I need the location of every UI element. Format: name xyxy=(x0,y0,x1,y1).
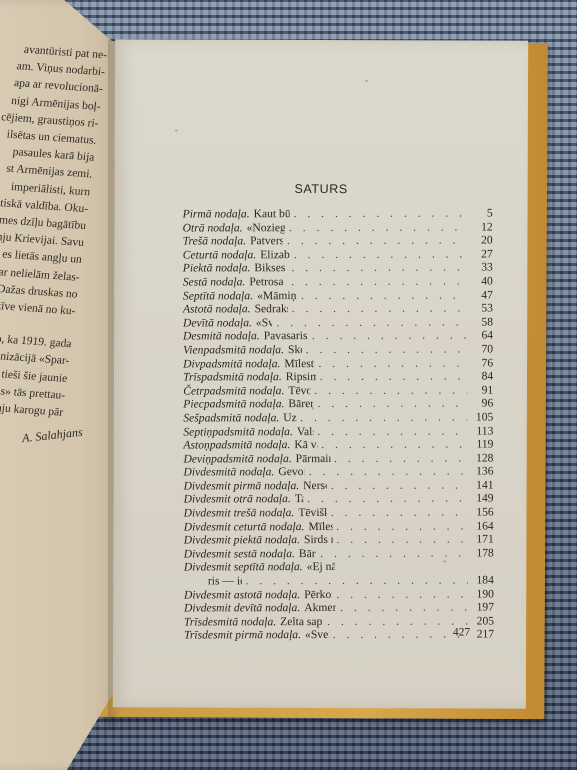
chapter-label: Sešpadsmitā nodaļa. xyxy=(183,411,279,425)
paper-speck xyxy=(175,129,178,131)
page-ref: 40 xyxy=(471,274,493,288)
dot-leader xyxy=(320,370,468,384)
toc-entry: Ceturtā nodaļa.Elizabetes kundze27 xyxy=(183,247,493,262)
page-ref: 119 xyxy=(471,438,493,452)
left-page: avantūristi pat ne- am. Viņus nodarbi- a… xyxy=(0,0,118,770)
dot-leader xyxy=(331,478,468,492)
page-ref: 205 xyxy=(472,614,494,628)
chapter-title: Bāreņa gods xyxy=(299,547,316,561)
page-ref: 33 xyxy=(471,261,493,275)
chapter-title: Akmens, ar ko dauzīt galu xyxy=(304,601,336,615)
chapter-title: Petrosa kunga ģīmetne xyxy=(249,275,287,289)
chapter-title: Bāreņi lūdz dievu xyxy=(288,397,313,411)
page-ref: 76 xyxy=(471,356,493,370)
chapter-label: Deviņpadsmitā nodaļa. xyxy=(183,452,291,466)
dot-leader xyxy=(331,506,468,520)
toc-entry: Divdesmitā nodaļa.Gevorks Tolojans136 xyxy=(183,465,493,480)
page-ref: 141 xyxy=(472,478,494,492)
page-ref: 178 xyxy=(472,546,494,560)
right-page: SATURS Pirmā nodaļa.Kaut būtu vēl ko ieē… xyxy=(113,39,528,708)
page-ref: 149 xyxy=(472,492,494,506)
toc-entry: Deviņpadsmitā nodaļa.Pārmaiņas valdības … xyxy=(183,451,493,466)
toc-entry: Piektā nodaļa.Bikses bez kabatām33 xyxy=(183,261,493,276)
table-of-contents: Pirmā nodaļa.Kaut būtu vēl ko ieēst5 Otr… xyxy=(183,206,495,642)
dot-leader xyxy=(320,546,468,560)
page-ref: 12 xyxy=(471,220,493,234)
chapter-label: Pirmā nodaļa. xyxy=(183,207,250,221)
dot-leader xyxy=(317,424,467,438)
chapter-title: Pērkons un varavīksne xyxy=(304,588,332,602)
dot-leader xyxy=(294,247,467,261)
chapter-label: Divdesmit pirmā nodaļa. xyxy=(184,479,300,493)
chapter-label: Ceturtā nodaļa. xyxy=(183,248,256,262)
dot-leader xyxy=(289,220,467,234)
toc-entry: Divdesmit sestā nodaļa.Bāreņa gods178 xyxy=(184,546,494,561)
toc-heading: SATURS xyxy=(115,181,528,196)
dot-leader xyxy=(327,614,468,628)
page-ref: 113 xyxy=(471,424,493,438)
page-ref: 197 xyxy=(472,601,494,615)
chapter-title: Uz ielas xyxy=(283,411,296,425)
page-ref: 217 xyxy=(472,628,494,642)
toc-entry: Trīsdesmitā nodaļa.Zelta sapņi un saplīs… xyxy=(184,614,494,629)
chapter-label: Septītā nodaļa. xyxy=(183,289,253,303)
page-ref: 190 xyxy=(472,587,494,601)
chapter-label: Astotā nodaļa. xyxy=(183,302,251,316)
chapter-label: Sestā nodaļa. xyxy=(183,275,246,289)
chapter-title: Tauta xyxy=(295,493,303,507)
dot-leader xyxy=(336,587,468,601)
toc-entry: Trīspadsmitā nodaļa.Ripsimes jaunkundze8… xyxy=(183,370,493,385)
chapter-label: Divdesmit piektā nodaļa. xyxy=(184,533,300,547)
chapter-title: Gevorks Tolojans xyxy=(278,465,305,479)
page-ref: 20 xyxy=(471,234,493,248)
toc-entry: Septītā nodaļa.«Māmiņ, man gribas ēst»47 xyxy=(183,288,493,303)
dot-leader xyxy=(336,519,467,533)
chapter-title: Nersess Bagratuni xyxy=(303,479,327,493)
chapter-title: Kaut būtu vēl ko ieēst xyxy=(254,207,290,221)
chapter-title: Mīlestība un trahoma xyxy=(284,357,314,371)
toc-entry: Divdesmit devītā nodaļa.Akmens, ar ko da… xyxy=(184,601,494,616)
chapter-title: Tēvišķīgas pamācības xyxy=(298,506,327,520)
chapter-label: Divdesmitā nodaļa. xyxy=(183,465,274,479)
page-ref: 105 xyxy=(471,410,493,424)
page-ref: 5 xyxy=(471,206,493,220)
toc-entry: Pirmā nodaļa.Kaut būtu vēl ko ieēst5 xyxy=(183,206,493,221)
chapter-title: Sirds noslēpumu lādīte xyxy=(304,533,333,547)
chapter-label: Piecpadsmitā nodaļa. xyxy=(183,397,284,411)
page-ref: 47 xyxy=(471,288,493,302)
toc-entry: Vienpadsmitā nodaļa.Skolotāji70 xyxy=(183,342,493,357)
chapter-label: Divdesmit septītā nodaļa. xyxy=(184,561,303,575)
chapter-label: Trīsdesmit pirmā nodaļa. xyxy=(184,629,301,643)
dot-leader xyxy=(276,315,467,329)
toc-entry: Trešā nodaļa.Patversmes valdība20 xyxy=(183,234,493,249)
dot-leader xyxy=(340,601,468,615)
chapter-title: Bikses bez kabatām xyxy=(254,262,287,276)
dot-leader xyxy=(333,628,468,642)
page-ref: 27 xyxy=(471,247,493,261)
chapter-label: Vienpadsmitā nodaļa. xyxy=(183,343,284,357)
toc-entry: Desmitā nodaļa.Pavasaris, reibīgais pava… xyxy=(183,329,493,344)
page-ref: 64 xyxy=(471,329,493,343)
dot-leader xyxy=(287,234,467,248)
paper-speck xyxy=(443,560,446,562)
chapter-title: Ripsimes jaunkundze xyxy=(286,370,316,384)
chapter-title: «Noziegumu grāmata» xyxy=(247,221,285,235)
dot-leader xyxy=(291,274,467,288)
page-ref: 58 xyxy=(471,315,493,329)
chapter-label: Trešā nodaļa. xyxy=(183,234,246,248)
chapter-title: «Sveices epopeja» xyxy=(305,628,329,642)
chapter-label: Divdesmit sestā nodaļa. xyxy=(184,547,295,561)
toc-entry: Divpadsmitā nodaļa.Mīlestība un trahoma7… xyxy=(183,356,493,371)
chapter-label: Piektā nodaļa. xyxy=(183,262,251,276)
toc-entry: Divdesmit astotā nodaļa.Pērkons un varav… xyxy=(184,587,494,602)
page-ref: 84 xyxy=(471,370,493,384)
page-ref: 164 xyxy=(472,519,494,533)
chapter-label: Otrā nodaļa. xyxy=(183,221,243,235)
chapter-label: Trīspadsmitā nodaļa. xyxy=(183,370,282,384)
dot-leader xyxy=(300,410,467,424)
chapter-label: Divdesmit trešā nodaļa. xyxy=(184,506,295,520)
page-ref: 184 xyxy=(472,573,494,587)
dot-leader xyxy=(245,574,467,588)
dot-leader xyxy=(334,451,467,465)
paper-speck xyxy=(365,80,368,82)
dot-leader xyxy=(291,261,466,275)
chapter-label: Divdesmit astotā nodaļa. xyxy=(184,588,300,602)
page-ref: 128 xyxy=(471,451,493,465)
chapter-label: Divdesmit devītā nodaļa. xyxy=(184,601,300,615)
dot-leader xyxy=(336,533,467,547)
toc-entry: Trīsdesmit pirmā nodaļa.«Sveices epopeja… xyxy=(184,628,494,643)
chapter-title: Elizabetes kundze xyxy=(260,248,290,262)
toc-entry: Četrpadsmitā nodaļa.Tēvocis Toross91 xyxy=(183,383,493,398)
author-signature: A. Salahjans xyxy=(21,425,83,446)
page-ref: 171 xyxy=(472,533,494,547)
dot-leader xyxy=(301,288,467,302)
dot-leader xyxy=(294,207,467,221)
chapter-label: Trīsdesmitā nodaļa. xyxy=(184,615,276,629)
chapter-label: Astoņpadsmitā nodaļa. xyxy=(183,438,290,452)
toc-entry: Divdesmit otrā nodaļa.Tauta149 xyxy=(184,492,494,507)
chapter-title-continuation: ris — iemīlēšu» xyxy=(208,574,242,588)
toc-entry: Divdesmit pirmā nodaļa.Nersess Bagratuni… xyxy=(184,478,494,493)
chapter-title: Sedraks un Migrans xyxy=(255,302,288,316)
chapter-title: Pavasaris, reibīgais pavasaris! xyxy=(264,329,308,343)
chapter-title: Kā vārījās kafija xyxy=(294,438,317,452)
dot-leader xyxy=(318,397,468,411)
dot-leader xyxy=(307,492,467,506)
toc-entry: Devītā nodaļa.«Sveice»58 xyxy=(183,315,493,330)
chapter-title: Skolotāji xyxy=(288,343,302,357)
chapter-label: Divdesmit ceturtā nodaļa. xyxy=(184,520,305,534)
chapter-title: Valsts krīze xyxy=(297,425,314,439)
toc-entry: Divdesmit trešā nodaļa.Tēvišķīgas pamācī… xyxy=(184,505,494,520)
chapter-label: Divdesmit otrā nodaļa. xyxy=(184,493,291,507)
toc-entry: Piecpadsmitā nodaļa.Bāreņi lūdz dievu96 xyxy=(183,397,493,412)
page-ref: 91 xyxy=(471,383,493,397)
chapter-title: «Māmiņ, man gribas ēst» xyxy=(257,289,297,303)
chapter-title: Tēvocis Toross xyxy=(288,384,310,398)
chapter-label: Četrpadsmitā nodaļa. xyxy=(183,384,284,398)
dot-leader xyxy=(314,383,467,397)
chapter-title: Patversmes valdība xyxy=(250,234,283,248)
dot-leader xyxy=(318,356,467,370)
chapter-title: Mīlestība un maize xyxy=(308,520,332,534)
chapter-title: «Ej nāvē, kad būsi mī- xyxy=(307,560,335,574)
page-ref: 70 xyxy=(471,342,493,356)
toc-entry: Divdesmit piektā nodaļa.Sirds noslēpumu … xyxy=(184,533,494,548)
dot-leader xyxy=(309,465,468,479)
left-page-text: avantūristi pat ne- am. Viņus nodarbi- a… xyxy=(0,40,108,422)
toc-entry: Septiņpadsmitā nodaļa.Valsts krīze113 xyxy=(183,424,493,439)
chapter-title: Pārmaiņas valdības sastāvā xyxy=(296,452,330,466)
chapter-label: Septiņpadsmitā nodaļa. xyxy=(183,425,293,439)
page-ref: 136 xyxy=(471,465,493,479)
dot-leader xyxy=(321,438,467,452)
chapter-label: Devītā nodaļa. xyxy=(183,316,252,330)
dot-leader xyxy=(292,302,467,316)
chapter-label: Desmitā nodaļa. xyxy=(183,330,260,344)
chapter-label: Divpadsmitā nodaļa. xyxy=(183,357,280,371)
toc-entry: Otrā nodaļa.«Noziegumu grāmata»12 xyxy=(183,220,493,235)
toc-entry: Divdesmit septītā nodaļa.«Ej nāvē, kad b… xyxy=(184,560,494,575)
toc-entry: Astotā nodaļa.Sedraks un Migrans53 xyxy=(183,302,493,317)
chapter-title: Zelta sapņi un saplīsušie mēneši xyxy=(280,615,323,629)
page-ref: 96 xyxy=(471,397,493,411)
chapter-title: «Sveice» xyxy=(256,316,273,330)
toc-entry-continuation: ris — iemīlēšu»184 xyxy=(184,573,494,588)
dot-leader xyxy=(306,342,467,356)
toc-entry: Sestā nodaļa.Petrosa kunga ģīmetne40 xyxy=(183,274,493,289)
toc-entry: Sešpadsmitā nodaļa.Uz ielas105 xyxy=(183,410,493,425)
page-number: 427 xyxy=(453,626,470,638)
page-ref: 53 xyxy=(471,302,493,316)
toc-entry: Divdesmit ceturtā nodaļa.Mīlestība un ma… xyxy=(184,519,494,534)
dot-leader xyxy=(312,329,467,343)
page-ref: 156 xyxy=(472,505,494,519)
toc-entry: Astoņpadsmitā nodaļa.Kā vārījās kafija11… xyxy=(183,438,493,453)
